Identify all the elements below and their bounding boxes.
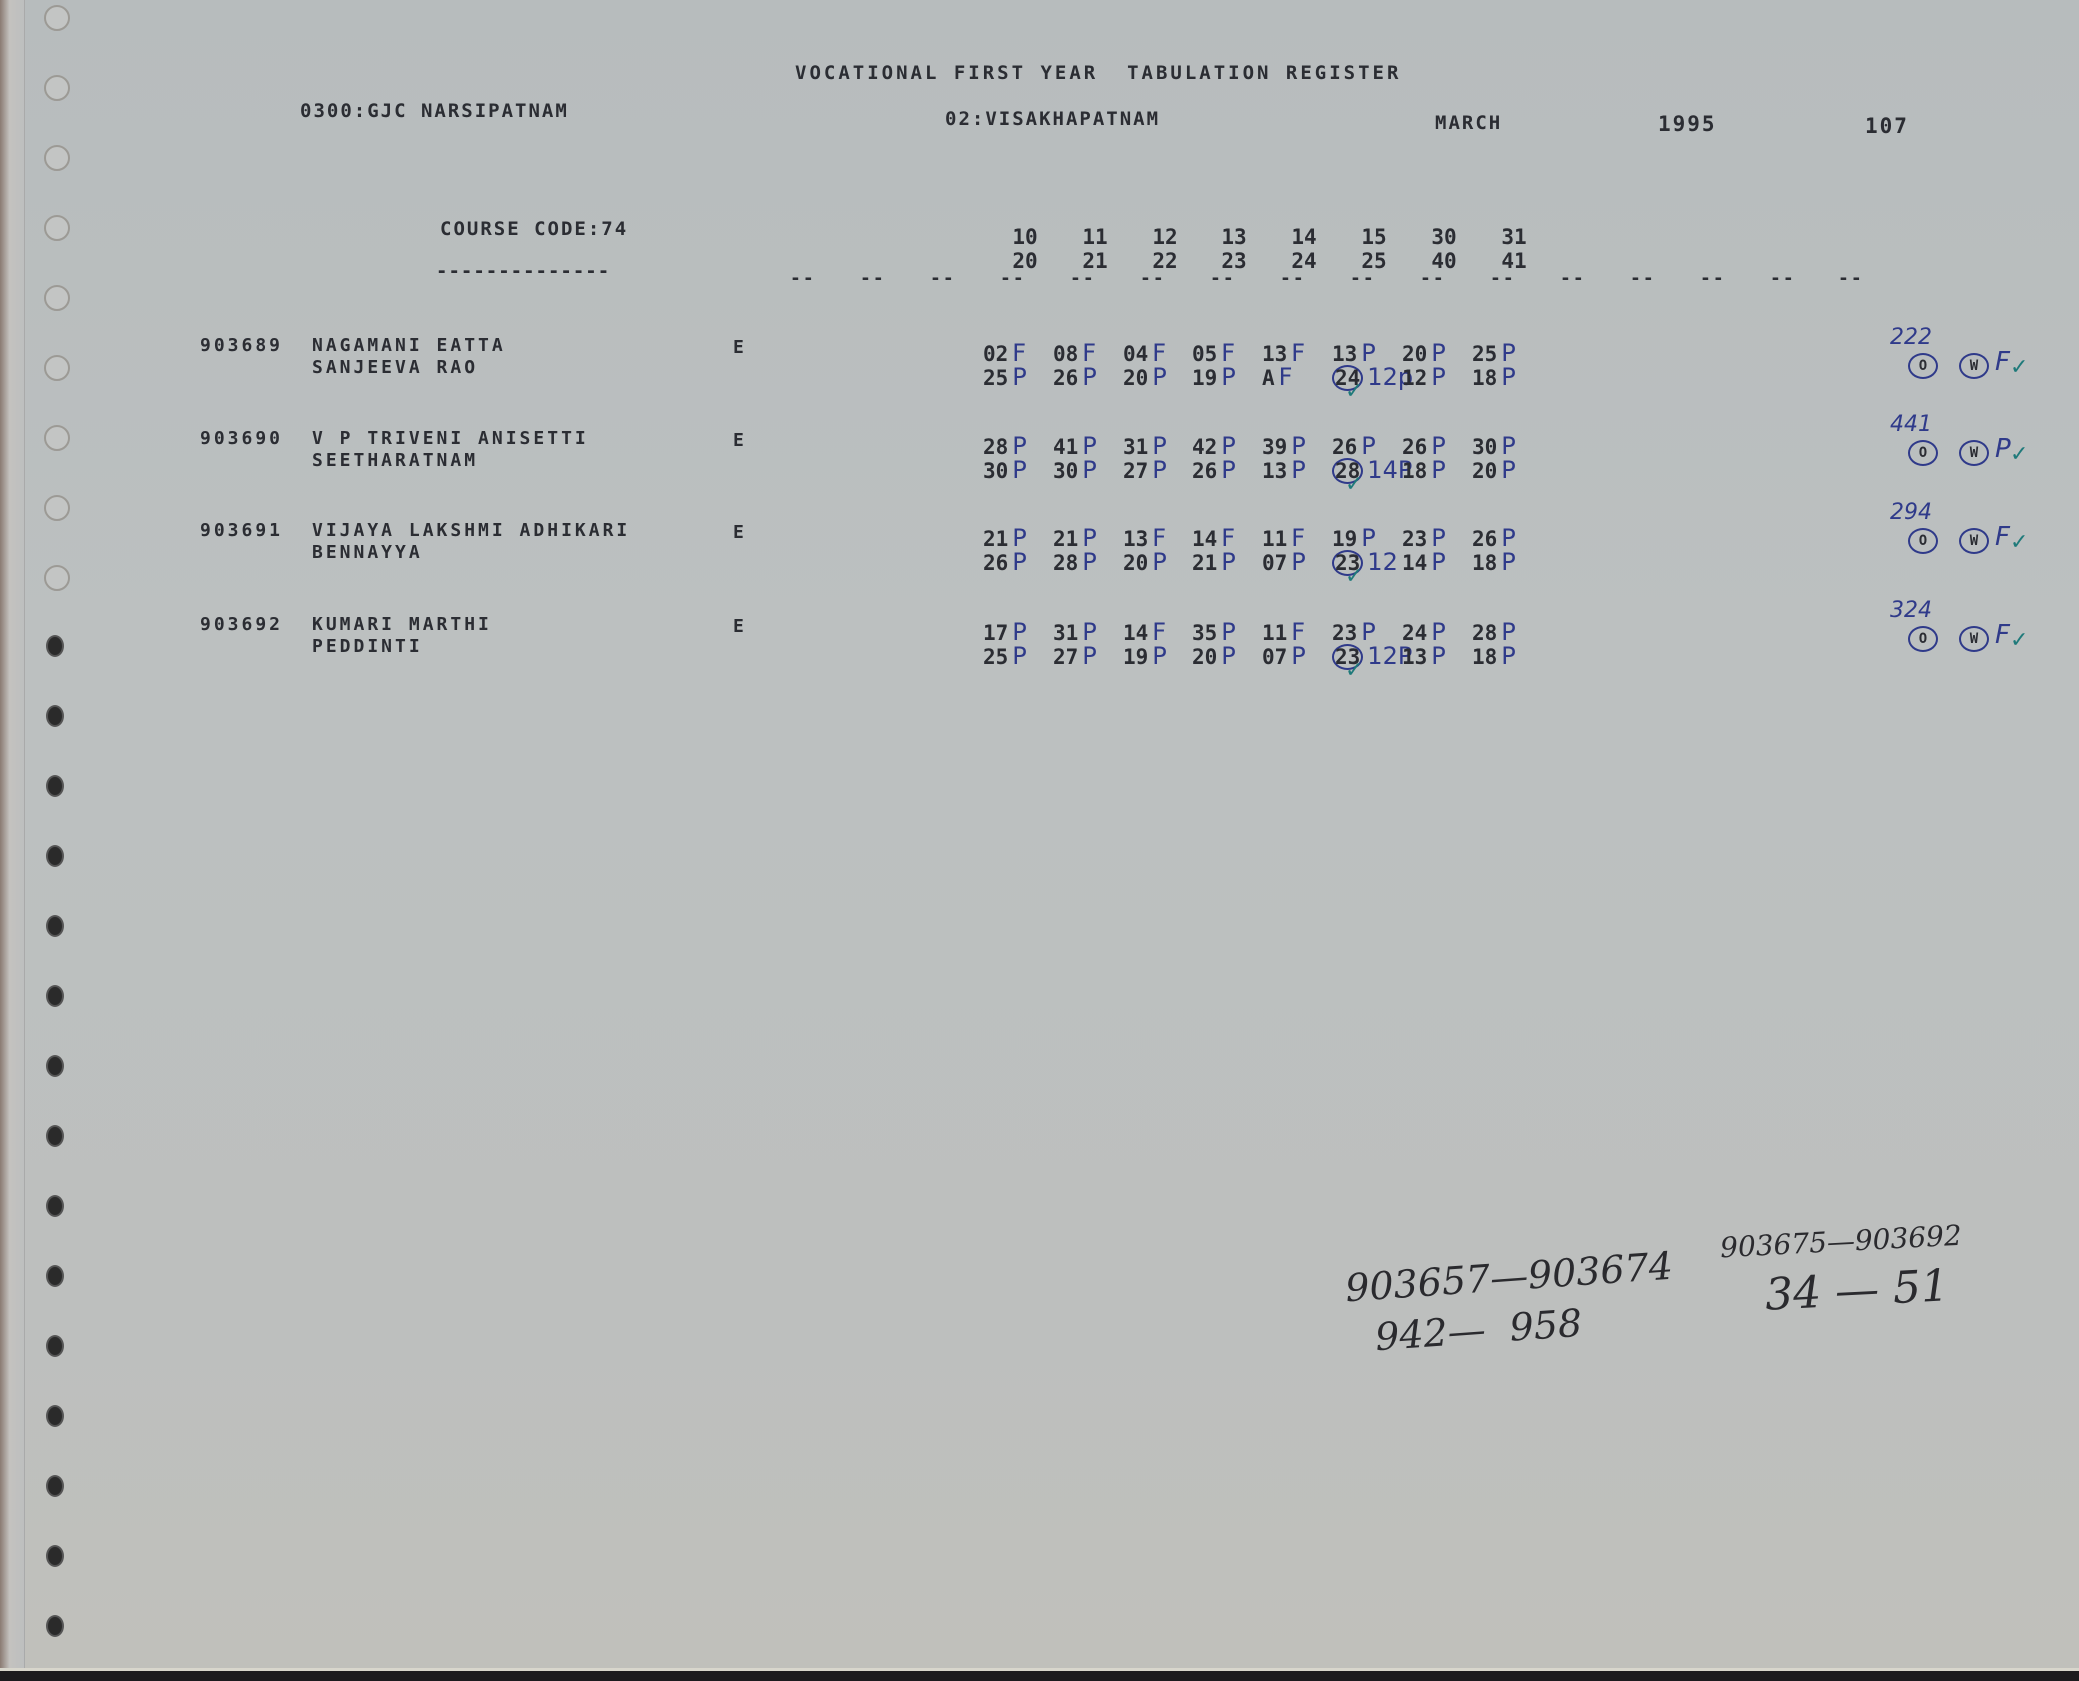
column-separator: -- [1838,268,1864,289]
pass-fail-grade: P [1221,363,1235,391]
subject-code: 11 [1075,225,1115,249]
subject-mark: 27P [1123,456,1167,484]
column-separator: -- [1070,268,1096,289]
mark-value: 25 [983,645,1008,669]
pass-fail-grade: P [1082,548,1096,576]
binder-hole [44,285,70,311]
signature-tick-icon: ✓ [2010,442,2028,467]
subject-mark: 20P [1192,642,1236,670]
mark-value: 26 [1053,366,1078,390]
mark-value: 19 [1123,645,1148,669]
mark-value: 07 [1262,645,1287,669]
column-separator: -- [860,268,886,289]
circled-o-mark: O [1908,353,1938,379]
column-separator: -- [1350,268,1376,289]
column-separator: -- [1140,268,1166,289]
student-name: V P TRIVENI ANISETTI [312,428,589,449]
binder-hole [46,1055,64,1077]
binder-hole [46,1545,64,1567]
subject-mark: 20P [1123,363,1167,391]
roll-number: 903689 [200,335,283,356]
exam-month: MARCH [1435,112,1502,134]
subject-mark: 25P [983,642,1027,670]
mark-value: 07 [1262,551,1287,575]
subject-mark: AF [1262,363,1292,391]
pass-fail-grade: P [1152,548,1166,576]
mark-value: 20 [1472,459,1497,483]
medium-code: E [733,430,747,451]
medium-code: E [733,337,747,358]
pass-fail-grade: P [1431,363,1445,391]
result-markings: O WF [1908,522,2010,554]
circled-o-mark: O [1908,626,1938,652]
circled-o-mark: O [1908,440,1938,466]
column-separator: -- [1770,268,1796,289]
circled-o-mark: O [1908,528,1938,554]
binder-hole [46,1265,64,1287]
mark-value: 21 [1192,551,1217,575]
binder-hole [44,355,70,381]
pass-fail-grade: P [1291,642,1305,670]
father-name: SANJEEVA RAO [312,357,478,378]
signature-tick-icon: ✓ [2010,530,2028,555]
handwritten-page-range-2: 34 — 51 [1764,1260,1950,1321]
mark-value: 20 [1123,551,1148,575]
column-separator: -- [1490,268,1516,289]
subject-mark: 13P [1402,642,1446,670]
check-mark-icon: ✓ [1345,379,1363,404]
binder-hole [44,215,70,241]
binder-hole [44,5,70,31]
binder-hole [46,1125,64,1147]
medium-code: E [733,522,747,543]
check-mark-icon: ✓ [1345,564,1363,589]
column-separator: -- [1700,268,1726,289]
binder-hole [46,635,64,657]
binder-hole [46,845,64,867]
handwritten-roll-range-2: 903675—903692 [1719,1219,1962,1265]
handwritten-page-range-1: 942— 958 [1374,1301,1584,1359]
final-result: F [1995,522,2010,552]
binder-hole [46,775,64,797]
subject-mark: 14P [1402,548,1446,576]
result-markings: O WF [1908,347,2010,379]
binder-hole [46,1615,64,1637]
mark-value: 18 [1472,645,1497,669]
pass-fail-grade: P [1082,642,1096,670]
course-code: COURSE CODE:74 [440,218,628,240]
subject-code: 10 [1005,225,1045,249]
circled-w-mark: W [1959,528,1989,554]
pass-fail-grade: 12 [1367,548,1398,576]
student-name: NAGAMANI EATTA [312,335,506,356]
column-separator: -- [1630,268,1656,289]
pass-fail-grade: P [1152,363,1166,391]
roll-number: 903691 [200,520,283,541]
pass-fail-grade: P [1012,456,1026,484]
binder-hole [44,425,70,451]
subject-mark: 12P [1402,363,1446,391]
subject-mark: 18P [1472,642,1516,670]
medium-code: E [733,616,747,637]
subject-mark: 30P [983,456,1027,484]
mark-value: 27 [1123,459,1148,483]
check-mark-icon: ✓ [1345,658,1363,683]
binder-hole [46,915,64,937]
column-separator: -- [1560,268,1586,289]
column-separator: -- [1210,268,1236,289]
mark-value: 13 [1262,459,1287,483]
binder-hole [44,145,70,171]
mark-value: 19 [1192,366,1217,390]
subject-mark: 2312 [1332,548,1398,576]
check-mark-icon: ✓ [1345,472,1363,497]
mark-value: 30 [983,459,1008,483]
binder-hole [46,985,64,1007]
subject-mark: 30P [1053,456,1097,484]
subject-mark: 20P [1472,456,1516,484]
result-markings: O WF [1908,620,2010,652]
subject-mark: 26P [983,548,1027,576]
column-separator: -- [930,268,956,289]
exam-year: 1995 [1658,112,1717,136]
subject-mark: 28P [1053,548,1097,576]
pass-fail-grade: F [1279,363,1293,391]
mark-value: 27 [1053,645,1078,669]
subject-code: 30 [1424,225,1464,249]
student-name: KUMARI MARTHI [312,614,492,635]
subject-mark: 27P [1053,642,1097,670]
pass-fail-grade: F [1291,339,1305,367]
mark-value: 20 [1192,645,1217,669]
subject-mark: 18P [1472,363,1516,391]
mark-value: 14 [1402,551,1427,575]
mark-value: 26 [1192,459,1217,483]
pass-fail-grade: P [1082,456,1096,484]
student-name: VIJAYA LAKSHMI ADHIKARI [312,520,630,541]
subject-mark: 20P [1123,548,1167,576]
column-separator: -- [1280,268,1306,289]
subject-code: 12 [1145,225,1185,249]
subject-mark: 19P [1192,363,1236,391]
subject-code: 14 [1284,225,1324,249]
binder-hole [46,705,64,727]
college-code: 0300:GJC NARSIPATNAM [300,100,569,122]
subject-code: 15 [1354,225,1394,249]
pass-fail-grade: P [1152,456,1166,484]
final-result: F [1995,620,2010,650]
pass-fail-grade: P [1152,642,1166,670]
page-number: 107 [1865,114,1909,138]
subject-mark: 19P [1123,642,1167,670]
paper-edge [0,0,25,1668]
column-separator: -- [1420,268,1446,289]
binder-hole [44,495,70,521]
binder-hole [44,565,70,591]
register-page: VOCATIONAL FIRST YEAR TABULATION REGISTE… [0,0,2079,1671]
document-title: VOCATIONAL FIRST YEAR TABULATION REGISTE… [795,62,1401,84]
mark-value: 25 [983,366,1008,390]
pass-fail-grade: P [1221,548,1235,576]
subject-mark: 25P [983,363,1027,391]
result-markings: O WP [1908,434,2011,466]
subject-mark: 07P [1262,548,1306,576]
pass-fail-grade: P [1012,548,1026,576]
pass-fail-grade: P [1012,363,1026,391]
mark-value: 28 [1053,551,1078,575]
pass-fail-grade: P [1501,642,1515,670]
father-name: PEDDINTI [312,636,423,657]
father-name: SEETHARATNAM [312,450,478,471]
subject-mark: 18P [1402,456,1446,484]
district-code: 02:VISAKHAPATNAM [945,108,1160,130]
mark-value: A [1262,366,1275,390]
pass-fail-grade: P [1501,456,1515,484]
final-result: P [1995,434,2011,464]
mark-value: 18 [1402,459,1427,483]
final-result: F [1995,347,2010,377]
subject-mark: 18P [1472,548,1516,576]
pass-fail-grade: P [1431,548,1445,576]
pass-fail-grade: P [1291,456,1305,484]
subject-code: 31 [1494,225,1534,249]
subject-code: 13 [1214,225,1254,249]
mark-value: 30 [1053,459,1078,483]
mark-value: 20 [1123,366,1148,390]
subject-mark: 21P [1192,548,1236,576]
subject-mark: 26P [1053,363,1097,391]
circled-w-mark: W [1959,440,1989,466]
subject-mark: 26P [1192,456,1236,484]
signature-tick-icon: ✓ [2010,628,2028,653]
pass-fail-grade: P [1501,363,1515,391]
pass-fail-grade: P [1431,642,1445,670]
pass-fail-grade: P [1291,548,1305,576]
signature-tick-icon: ✓ [2010,355,2028,380]
pass-fail-grade: P [1501,548,1515,576]
handwritten-roll-range-1: 903657—903674 [1344,1244,1674,1311]
binder-hole [46,1475,64,1497]
mark-value: 18 [1472,366,1497,390]
pass-fail-grade: P [1082,363,1096,391]
roll-number: 903690 [200,428,283,449]
subject-mark: 13P [1262,456,1306,484]
binder-hole [44,75,70,101]
column-separator: -- [1000,268,1026,289]
binder-hole [46,1335,64,1357]
mark-value: 13 [1402,645,1427,669]
mark-value: 18 [1472,551,1497,575]
pass-fail-grade: P [1431,456,1445,484]
father-name: BENNAYYA [312,542,423,563]
circled-w-mark: W [1959,353,1989,379]
column-separator: -- [790,268,816,289]
pass-fail-grade: P [1221,456,1235,484]
mark-value: 26 [983,551,1008,575]
subject-mark: 07P [1262,642,1306,670]
binder-hole [46,1405,64,1427]
roll-number: 903692 [200,614,283,635]
mark-value: 12 [1402,366,1427,390]
circled-w-mark: W [1959,626,1989,652]
pass-fail-grade: P [1012,642,1026,670]
pass-fail-grade: P [1221,642,1235,670]
binder-hole [46,1195,64,1217]
course-code-underline: -------------- [436,260,610,282]
